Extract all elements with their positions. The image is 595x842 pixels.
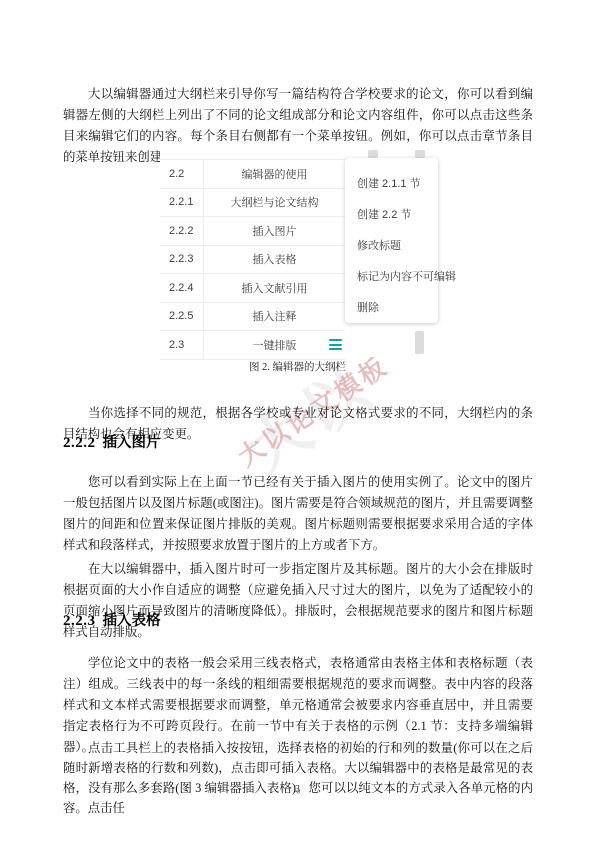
outline-item-2-2[interactable]: 2.2 编辑器的使用 — [160, 160, 345, 189]
heading-number: 2.2.2 — [63, 435, 96, 451]
menu-item-create-2-2[interactable]: 创建 2.2 节 — [357, 198, 438, 229]
outline-item-title: 插入图片 — [204, 223, 345, 239]
menu-item-mark-noneditable[interactable]: 标记为内容不可编辑 — [357, 260, 438, 291]
outline-item-number: 2.2.3 — [160, 246, 204, 274]
outline-item-number: 2.2.5 — [160, 303, 204, 331]
outline-item-number: 2.2.2 — [160, 217, 204, 245]
context-menu: 创建 2.1.1 节 创建 2.2 节 修改标题 标记为内容不可编辑 删除 — [345, 158, 438, 323]
outline-item-title: 插入文献引用 — [204, 280, 345, 296]
outline-item-number: 2.2 — [160, 160, 204, 188]
page-number: 3 — [0, 784, 595, 795]
figure-caption: 图 2. 编辑器的大纲栏 — [0, 359, 595, 374]
section-heading-2-2-3: 2.2.3插入表格 — [63, 609, 533, 630]
heading-number: 2.2.3 — [63, 613, 96, 629]
outline-item-title: 大纲栏与论文结构 — [204, 194, 345, 210]
outline-item-title: 一键排版 — [204, 337, 345, 353]
outline-item-number: 2.2.1 — [160, 189, 204, 217]
menu-item-delete[interactable]: 删除 — [357, 291, 438, 322]
section-heading-2-2-2: 2.2.2插入图片 — [63, 431, 533, 452]
outline-item-title: 编辑器的使用 — [204, 166, 345, 182]
menu-item-rename[interactable]: 修改标题 — [357, 229, 438, 260]
heading-title: 插入表格 — [103, 613, 161, 629]
outline-item-number: 2.3 — [160, 331, 204, 359]
outline-item-2-2-3[interactable]: 2.2.3 插入表格 — [160, 246, 345, 275]
figure-outline-sidebar: 2.2 编辑器的使用 2.2.1 大纲栏与论文结构 2.2.2 插入图片 2.2… — [160, 150, 440, 357]
outline-item-title: 插入注释 — [204, 308, 345, 324]
paragraph-image-insert: 在大以编辑器中，插入图片时可一步指定图片及其标题。图片的大小会在排版时根据页面的… — [63, 559, 533, 643]
outline-item-2-2-4[interactable]: 2.2.4 插入文献引用 — [160, 274, 345, 303]
outline-item-number: 2.2.4 — [160, 274, 204, 302]
scrollbar-fragment — [415, 331, 424, 354]
menu-item-create-2-1-1[interactable]: 创建 2.1.1 节 — [357, 167, 438, 198]
paragraph-table-insert: 点击工具栏上的表格插入按按钮，选择表格的初始的行和列的数量(你可以在之后随时新增… — [63, 738, 533, 818]
ui-fragment — [368, 150, 378, 158]
paragraph-image-intro: 您可以看到实际上在上面一节已经有关于插入图片的使用实例了。论文中的图片一般包括图… — [63, 472, 533, 556]
ui-fragment — [415, 150, 425, 158]
document-page: 大以 大以论文模板 大以编辑器通过大纲栏来引导你写一篇结构符合学校要求的论文，你… — [0, 0, 595, 842]
format-list-icon[interactable] — [329, 339, 342, 350]
outline-item-2-2-1[interactable]: 2.2.1 大纲栏与论文结构 — [160, 189, 345, 218]
outline-list: 2.2 编辑器的使用 2.2.1 大纲栏与论文结构 2.2.2 插入图片 2.2… — [160, 159, 345, 360]
outline-item-2-2-5[interactable]: 2.2.5 插入注释 — [160, 303, 345, 332]
outline-item-title: 插入表格 — [204, 251, 345, 267]
outline-item-2-3[interactable]: 2.3 一键排版 — [160, 331, 345, 360]
outline-item-2-2-2[interactable]: 2.2.2 插入图片 — [160, 217, 345, 246]
heading-title: 插入图片 — [103, 435, 161, 451]
